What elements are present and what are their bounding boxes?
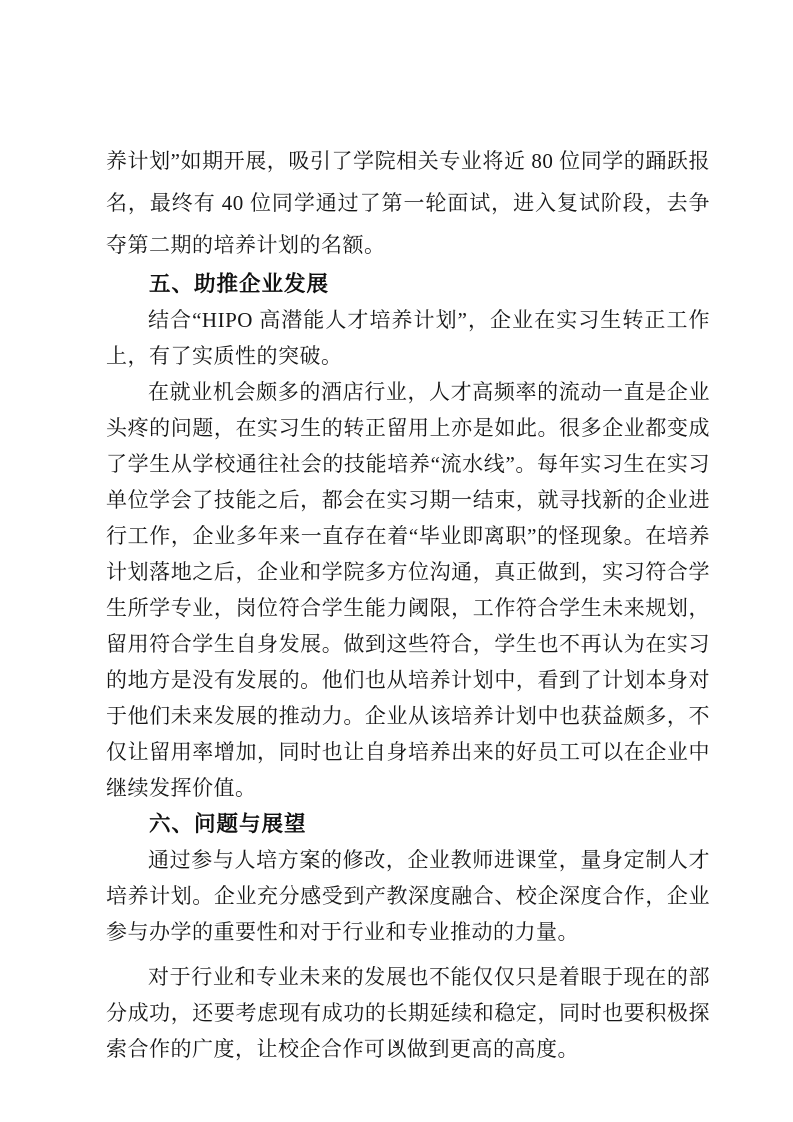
document-page: 养计划”如期开展，吸引了学院相关专业将近 80 位同学的踊跃报名，最终有 40 … xyxy=(0,0,793,1122)
section-heading-5: 五、助推企业发展 xyxy=(106,266,710,302)
document-body: 养计划”如期开展，吸引了学院相关专业将近 80 位同学的踊跃报名，最终有 40 … xyxy=(106,140,710,1067)
paragraph-cooperation-importance: 通过参与人培方案的修改，企业教师进课堂，量身定制人才培养计划。企业充分感受到产教… xyxy=(106,842,710,950)
paragraph-continuation: 养计划”如期开展，吸引了学院相关专业将近 80 位同学的踊跃报名，最终有 40 … xyxy=(106,140,710,266)
section-heading-6: 六、问题与展望 xyxy=(106,806,710,842)
page-number: 4 xyxy=(0,1036,793,1056)
paragraph-hipo-result: 结合“HIPO 高潜能人才培养计划”，企业在实习生转正工作上，有了实质性的突破。 xyxy=(106,302,710,374)
paragraph-enterprise-benefit: 在就业机会颇多的酒店行业，人才高频率的流动一直是企业头疼的问题，在实习生的转正留… xyxy=(106,374,710,806)
